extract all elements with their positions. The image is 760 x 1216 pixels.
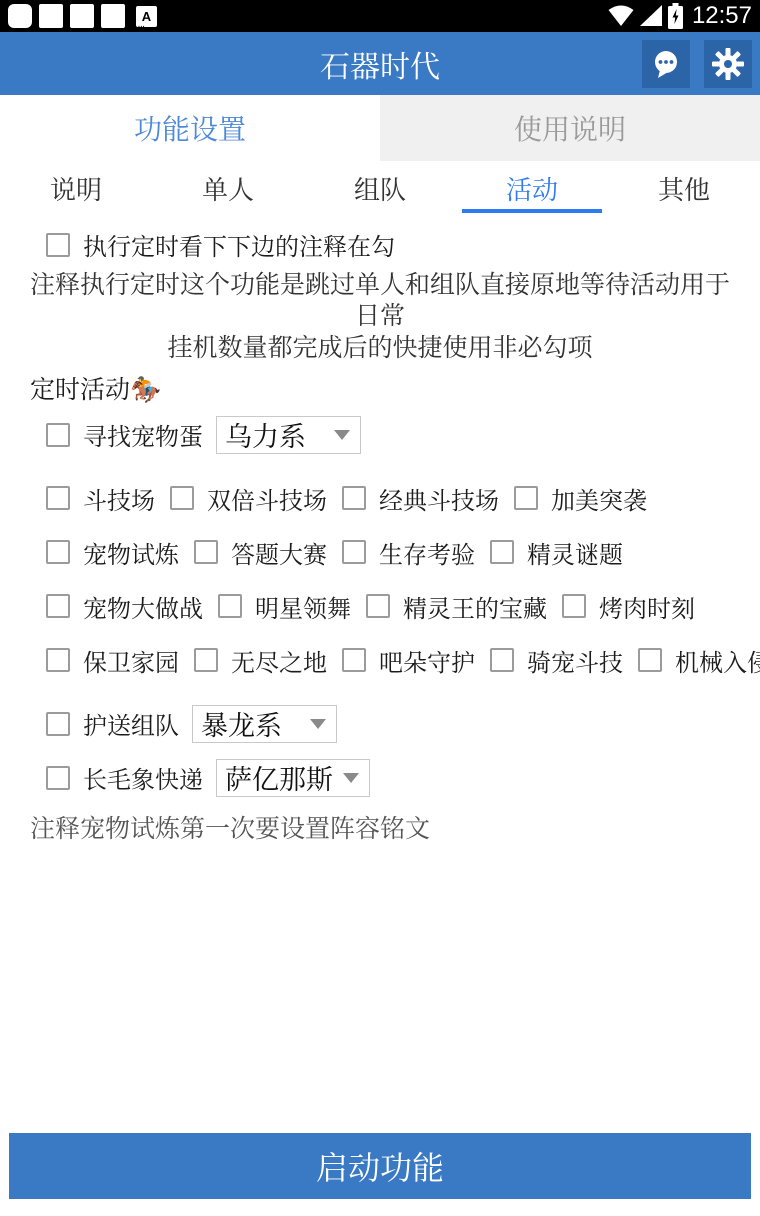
- notification-app-icon: [101, 4, 125, 28]
- checkbox[interactable]: [194, 648, 218, 672]
- checkbox-label: 生存考验: [379, 535, 475, 570]
- activity-checkbox[interactable]: 骑宠斗技: [490, 643, 623, 678]
- checkbox[interactable]: [342, 540, 366, 564]
- settings-button[interactable]: [704, 40, 752, 88]
- checkbox[interactable]: [46, 233, 70, 257]
- checkbox-label: 无尽之地: [231, 643, 327, 678]
- checkbox[interactable]: [46, 766, 70, 790]
- checkbox[interactable]: [490, 540, 514, 564]
- chat-icon: [650, 48, 682, 80]
- checkbox[interactable]: [490, 648, 514, 672]
- timer-note-line: 注释执行定时这个功能是跳过单人和组队直接原地等待活动用于日常: [20, 270, 740, 333]
- notification-app-icon: [8, 4, 32, 28]
- subtab-instructions[interactable]: 说明: [0, 163, 152, 213]
- dropdown-selected-value: 萨亿那斯: [225, 758, 333, 797]
- mammoth-destination-dropdown[interactable]: 萨亿那斯: [216, 759, 370, 797]
- activity-checkbox-row: 保卫家园无尽之地吧朵守护骑宠斗技机械入侵: [0, 643, 760, 678]
- checkbox[interactable]: [366, 594, 390, 618]
- pet-egg-type-dropdown[interactable]: 乌力系: [216, 416, 361, 454]
- checkbox-label: 双倍斗技场: [207, 481, 327, 516]
- activity-checkbox[interactable]: 明星领舞: [218, 589, 351, 624]
- checkbox[interactable]: [46, 648, 70, 672]
- checkbox-label: 经典斗技场: [379, 481, 499, 516]
- tab-usage-instructions[interactable]: 使用说明: [380, 95, 760, 161]
- checkbox-label: 斗技场: [83, 481, 155, 516]
- mammoth-express-checkbox[interactable]: 长毛象快递: [46, 760, 203, 795]
- app-bar: 石器时代: [0, 32, 760, 95]
- activity-checkbox[interactable]: 吧朵守护: [342, 643, 475, 678]
- checkbox-label: 精灵王的宝藏: [403, 589, 547, 624]
- checkbox-label: 骑宠斗技: [527, 643, 623, 678]
- checkbox[interactable]: [46, 486, 70, 510]
- chevron-down-icon: [334, 430, 350, 440]
- activity-checkbox[interactable]: 烤肉时刻: [562, 589, 695, 624]
- activity-checkbox[interactable]: 精灵王的宝藏: [366, 589, 547, 624]
- subtab-team[interactable]: 组队: [304, 163, 456, 213]
- activity-checkbox[interactable]: 经典斗技场: [342, 481, 499, 516]
- activity-checkbox-row: 斗技场双倍斗技场经典斗技场加美突袭: [0, 481, 760, 516]
- checkbox[interactable]: [46, 594, 70, 618]
- app-screen: A 12:57 石器时代: [0, 0, 760, 1216]
- dropdown-selected-value: 暴龙系: [201, 704, 282, 743]
- checkbox-label: 加美突袭: [551, 481, 647, 516]
- timer-execute-checkbox[interactable]: 执行定时看下下边的注释在勾: [46, 227, 395, 262]
- subtab-solo[interactable]: 单人: [152, 163, 304, 213]
- activity-checkbox[interactable]: 答题大赛: [194, 535, 327, 570]
- chevron-down-icon: [310, 719, 326, 729]
- activity-settings-panel: 执行定时看下下边的注释在勾 注释执行定时这个功能是跳过单人和组队直接原地等待活动…: [0, 213, 760, 1133]
- activity-checkbox[interactable]: 宠物试炼: [46, 535, 179, 570]
- checkbox-label: 机械入侵: [675, 643, 760, 678]
- checkbox-label: 明星领舞: [255, 589, 351, 624]
- activity-checkbox-row: 宠物试炼答题大赛生存考验精灵谜题: [0, 535, 760, 570]
- notification-app-icon: [70, 4, 94, 28]
- chevron-down-icon: [343, 773, 359, 783]
- activity-checkbox[interactable]: 机械入侵: [638, 643, 760, 678]
- subtab-activity[interactable]: 活动: [456, 163, 608, 213]
- checkbox[interactable]: [638, 648, 662, 672]
- checkbox-label: 吧朵守护: [379, 643, 475, 678]
- activity-checkbox[interactable]: 无尽之地: [194, 643, 327, 678]
- checkbox[interactable]: [194, 540, 218, 564]
- notification-app-icon: [39, 4, 63, 28]
- checkbox-label: 寻找宠物蛋: [83, 417, 203, 452]
- checkbox[interactable]: [46, 712, 70, 736]
- sub-tab-bar: 说明 单人 组队 活动 其他: [0, 163, 760, 213]
- activity-checkbox[interactable]: 双倍斗技场: [170, 481, 327, 516]
- checkbox-label: 烤肉时刻: [599, 589, 695, 624]
- activity-checkbox[interactable]: 宠物大做战: [46, 589, 203, 624]
- activity-checkbox[interactable]: 斗技场: [46, 481, 155, 516]
- ime-a-icon: A: [136, 6, 157, 27]
- checkbox-label: 宠物大做战: [83, 589, 203, 624]
- app-bar-actions: [642, 40, 752, 88]
- checkbox[interactable]: [514, 486, 538, 510]
- tab-function-settings[interactable]: 功能设置: [0, 95, 380, 161]
- system-status-icons: 12:57: [608, 2, 752, 30]
- escort-type-dropdown[interactable]: 暴龙系: [192, 705, 337, 743]
- checkbox[interactable]: [562, 594, 586, 618]
- cellular-signal-icon: [639, 5, 663, 27]
- checkbox-label: 保卫家园: [83, 643, 179, 678]
- activity-checkbox[interactable]: 加美突袭: [514, 481, 647, 516]
- battery-charging-icon: [668, 3, 683, 29]
- pet-trial-note: 注释宠物试炼第一次要设置阵容铭文: [0, 809, 760, 845]
- escort-team-checkbox[interactable]: 护送组队: [46, 706, 179, 741]
- checkbox[interactable]: [46, 423, 70, 447]
- activity-checkbox[interactable]: 精灵谜题: [490, 535, 623, 570]
- wifi-icon: [608, 5, 634, 27]
- checkbox[interactable]: [342, 486, 366, 510]
- timer-note: 注释执行定时这个功能是跳过单人和组队直接原地等待活动用于日常 挂机数量都完成后的…: [0, 270, 760, 364]
- checkbox-label: 精灵谜题: [527, 535, 623, 570]
- activity-checkbox[interactable]: 保卫家园: [46, 643, 179, 678]
- timed-activity-section-title: 定时活动🏇: [0, 370, 760, 406]
- dropdown-selected-value: 乌力系: [225, 415, 306, 454]
- checkbox-label: 宠物试炼: [83, 535, 179, 570]
- timer-note-line: 挂机数量都完成后的快捷使用非必勾项: [20, 333, 740, 364]
- chat-button[interactable]: [642, 40, 690, 88]
- activity-checkbox-row: 宠物大做战明星领舞精灵王的宝藏烤肉时刻: [0, 589, 760, 624]
- checkbox-label: 执行定时看下下边的注释在勾: [83, 227, 395, 262]
- checkbox[interactable]: [342, 648, 366, 672]
- checkbox-label: 护送组队: [83, 706, 179, 741]
- notification-icons: A: [8, 4, 157, 28]
- find-pet-egg-checkbox[interactable]: 寻找宠物蛋: [46, 417, 203, 452]
- subtab-other[interactable]: 其他: [608, 163, 760, 213]
- checkbox-label: 长毛象快递: [83, 760, 203, 795]
- status-bar: A 12:57: [0, 0, 760, 32]
- start-function-button[interactable]: 启动功能: [9, 1133, 751, 1199]
- checkbox[interactable]: [46, 540, 70, 564]
- settings-gear-icon: [711, 47, 745, 81]
- checkbox-label: 答题大赛: [231, 535, 327, 570]
- clock-time: 12:57: [692, 2, 752, 30]
- checkbox[interactable]: [170, 486, 194, 510]
- checkbox[interactable]: [218, 594, 242, 618]
- main-tab-bar: 功能设置 使用说明: [0, 95, 760, 161]
- activity-checkbox-rows: 斗技场双倍斗技场经典斗技场加美突袭宠物试炼答题大赛生存考验精灵谜题宠物大做战明星…: [0, 462, 760, 697]
- activity-checkbox[interactable]: 生存考验: [342, 535, 475, 570]
